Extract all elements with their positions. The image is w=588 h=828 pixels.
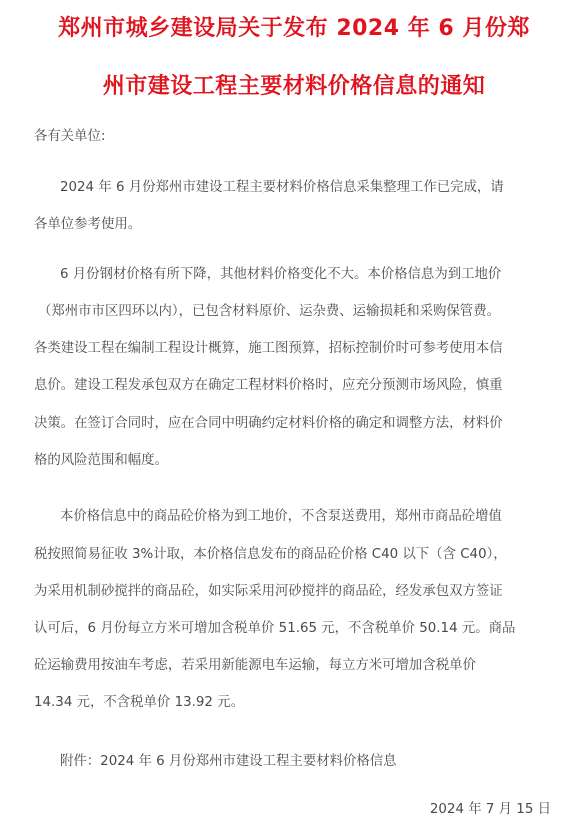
paragraph-3-line-6: 14.34 元，不含税单价 13.92 元。 (34, 694, 244, 712)
paragraph-2-line-1: 6 月份钢材价格有所下降，其他材料价格变化不大。本价格信息为到工地价 (60, 266, 501, 284)
paragraph-1-line-2: 各单位参考使用。 (34, 216, 141, 234)
notice-document: 郑州市城乡建设局关于发布 2024 年 6 月份郑 州市建设工程主要材料价格信息… (0, 0, 588, 828)
paragraph-2-line-4: 息价。建设工程发承包双方在确定工程材料价格时，应充分预测市场风险，慎重 (34, 377, 503, 395)
document-title-line-1: 郑州市城乡建设局关于发布 2024 年 6 月份郑 (0, 15, 588, 43)
paragraph-3-line-5: 砼运输费用按油车考虑，若采用新能源电车运输，每立方米可增加含税单价 (34, 657, 476, 675)
salutation: 各有关单位: (34, 128, 105, 146)
paragraph-3-line-2: 税按照简易征收 3%计取，本价格信息发布的商品砼价格 C40 以下（含 C40）… (34, 546, 507, 564)
document-title-line-2: 州市建设工程主要材料价格信息的通知 (0, 73, 588, 101)
paragraph-2-line-6: 格的风险范围和幅度。 (34, 452, 168, 470)
paragraph-3-line-3: 为采用机制砂搅拌的商品砼，如实际采用河砂搅拌的商品砼，经发承包双方签证 (34, 583, 503, 601)
paragraph-2-line-2: （郑州市市区四环以内），已包含材料原价、运杂费、运输损耗和采购保管费。 (38, 303, 500, 321)
paragraph-2-line-5: 决策。在签订合同时，应在合同中明确约定材料价格的确定和调整方法，材料价 (34, 415, 503, 433)
paragraph-3-line-1: 本价格信息中的商品砼价格为到工地价，不含泵送费用，郑州市商品砼增值 (60, 508, 502, 526)
paragraph-1-line-1: 2024 年 6 月份郑州市建设工程主要材料价格信息采集整理工作已完成，请 (60, 179, 504, 197)
paragraph-3-line-4: 认可后，6 月份每立方米可增加含税单价 51.65 元，不含税单价 50.14 … (34, 620, 515, 638)
attachment-note: 附件：2024 年 6 月份郑州市建设工程主要材料价格信息 (60, 753, 397, 771)
issue-date: 2024 年 7 月 15 日 (430, 801, 551, 819)
paragraph-2-line-3: 各类建设工程在编制工程设计概算，施工图预算，招标控制价时可参考使用本信 (34, 340, 503, 358)
